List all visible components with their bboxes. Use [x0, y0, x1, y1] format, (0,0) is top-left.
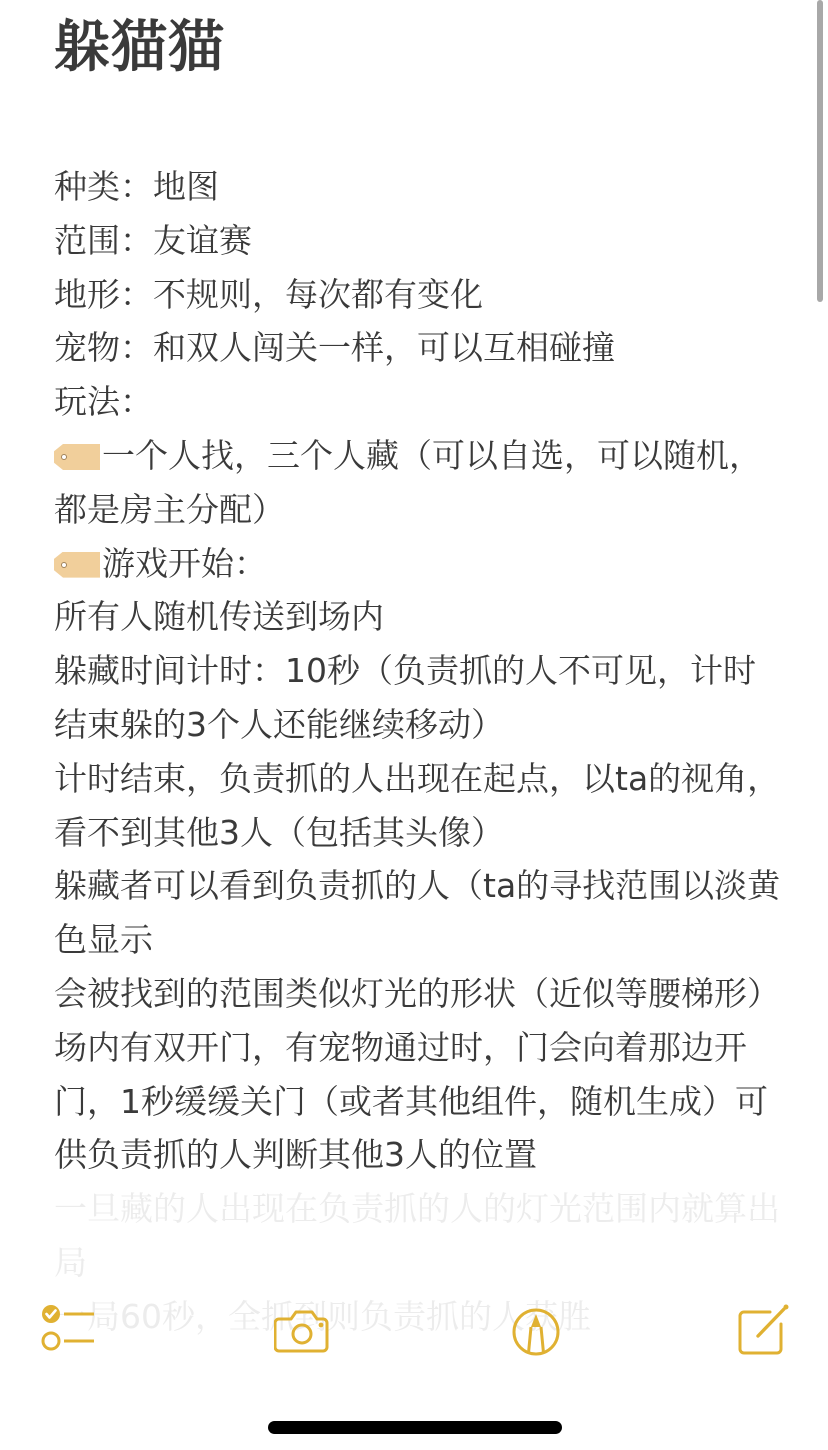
note-line: 宠物：和双人闯关一样，可以互相碰撞 [54, 321, 784, 375]
note-line: 计时结束，负责抓的人出现在起点，以ta的视角，看不到其他3人（包括其头像） [54, 752, 784, 860]
note-line-tagged: 一个人找，三个人藏（可以自选，可以随机，都是房主分配） [54, 429, 784, 537]
note-line-text: 一个人找，三个人藏（可以自选，可以随机，都是房主分配） [54, 436, 762, 529]
bottom-toolbar [0, 1290, 828, 1370]
note-line-text: 游戏开始： [102, 544, 267, 583]
note-line: 所有人随机传送到场内 [54, 590, 784, 644]
note-line: 地形：不规则，每次都有变化 [54, 268, 784, 322]
tag-icon [54, 444, 100, 470]
camera-icon [274, 1300, 334, 1360]
compose-icon [734, 1300, 794, 1360]
note-line: 会被找到的范围类似灯光的形状（近似等腰梯形） [54, 967, 784, 1021]
pen-markup-icon [506, 1300, 566, 1360]
note-body[interactable]: 种类：地图 范围：友谊赛 地形：不规则，每次都有变化 宠物：和双人闯关一样，可以… [54, 160, 784, 1344]
note-line: 场内有双开门，有宠物通过时，门会向着那边开门，1秒缓缓关门（或者其他组件，随机生… [54, 1021, 784, 1182]
compose-button[interactable] [734, 1300, 794, 1360]
note-line-tagged: 游戏开始： [54, 537, 784, 591]
camera-button[interactable] [274, 1300, 334, 1360]
home-indicator[interactable] [268, 1421, 562, 1434]
note-line: 玩法： [54, 375, 784, 429]
note-line: 种类：地图 [54, 160, 784, 214]
scrollbar[interactable] [817, 0, 823, 302]
note-title: 躲猫猫 [54, 0, 784, 80]
note-line-faded: 一旦藏的人出现在负责抓的人的灯光范围内就算出局 [54, 1182, 784, 1290]
note-line: 范围：友谊赛 [54, 214, 784, 268]
note-content[interactable]: 躲猫猫 种类：地图 范围：友谊赛 地形：不规则，每次都有变化 宠物：和双人闯关一… [54, 0, 784, 1344]
checklist-button[interactable] [36, 1300, 96, 1360]
markup-button[interactable] [506, 1300, 566, 1360]
note-line: 躲藏时间计时：10秒（负责抓的人不可见，计时结束躲的3个人还能继续移动） [54, 644, 784, 752]
checklist-icon [36, 1300, 96, 1360]
note-line: 躲藏者可以看到负责抓的人（ta的寻找范围以淡黄色显示 [54, 859, 784, 967]
tag-icon [54, 552, 100, 578]
